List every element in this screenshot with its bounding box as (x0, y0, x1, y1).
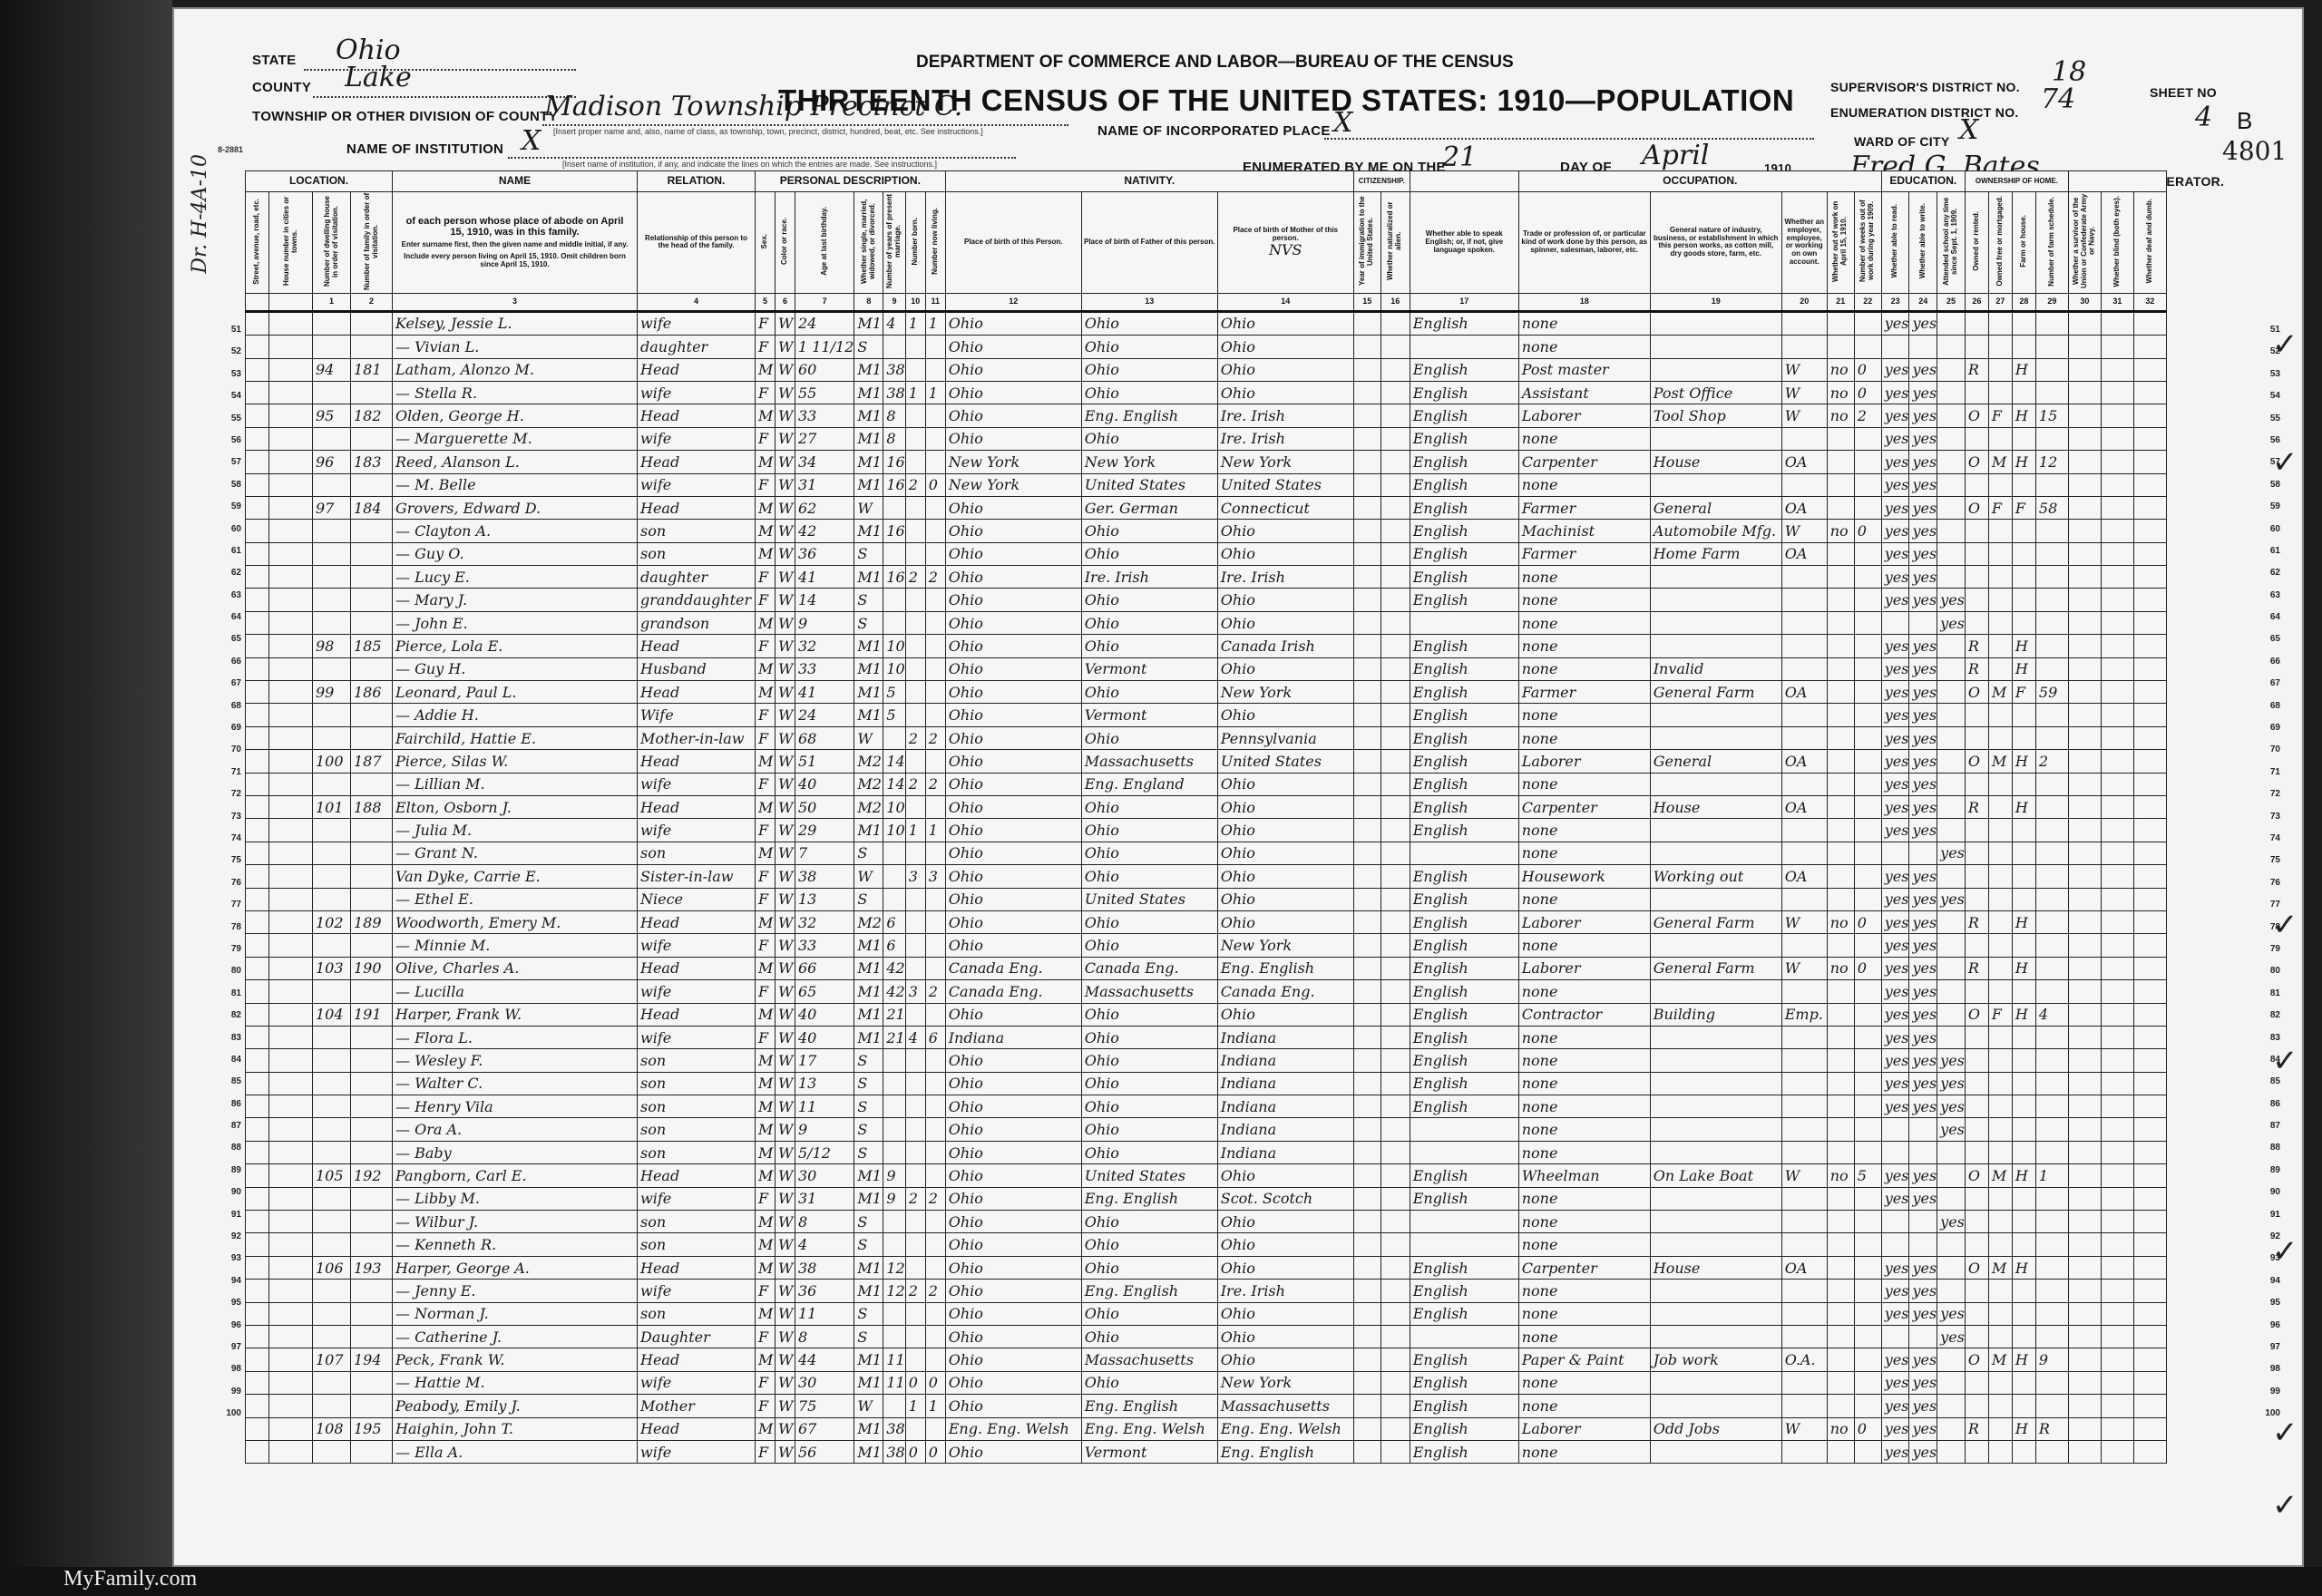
cell-read: yes (1881, 566, 1909, 589)
table-row: — Vivian L.daughterFW1 11/12SOhioOhioOhi… (246, 336, 2167, 358)
cell-oow (1827, 1302, 1854, 1325)
line-number: 82 (210, 1005, 241, 1027)
cell-fpob: Ohio (1081, 934, 1217, 957)
hdr-father-birthplace: Place of birth of Father of this person. (1081, 192, 1217, 294)
cell-born: 2 (905, 566, 925, 589)
cell-read: yes (1881, 957, 1909, 979)
cell-vet (2068, 542, 2101, 565)
cell-read: yes (1881, 1187, 1909, 1210)
cell-fam (351, 311, 393, 335)
cell-emp: W (1781, 1164, 1827, 1187)
column-number (246, 293, 269, 311)
cell-name: — M. Belle (393, 473, 638, 496)
cell-oow (1827, 1348, 1854, 1371)
cell-mpob: Indiana (1217, 1072, 1353, 1095)
cell-read: yes (1881, 1280, 1909, 1302)
column-number: 4 (638, 293, 756, 311)
cell-rel: Head (638, 681, 756, 704)
cell-fpob: Ohio (1081, 796, 1217, 819)
cell-sex: F (756, 1371, 776, 1394)
cell-emp (1781, 473, 1827, 496)
cell-occ: none (1518, 311, 1650, 335)
cell-age: 68 (795, 726, 854, 749)
cell-emp: W (1781, 381, 1827, 404)
line-number: 89 (2249, 1160, 2280, 1182)
sheet-number: 4 (2195, 102, 2212, 133)
cell-pob: Ohio (945, 1348, 1081, 1371)
check-mark-icon: ✓ (2272, 907, 2298, 943)
line-number: 70 (2249, 739, 2280, 761)
line-number: 94 (210, 1270, 241, 1292)
cell-sex: M (756, 657, 776, 680)
institution-note: [Insert name of institution, if any, and… (562, 160, 937, 169)
table-row: 97184Grovers, Edward D.HeadMW62WOhioGer.… (246, 496, 2167, 519)
cell-fpob: Ohio (1081, 542, 1217, 565)
cell-age: 65 (795, 980, 854, 1003)
cell-fpob: United States (1081, 1164, 1217, 1187)
cell-age: 9 (795, 1118, 854, 1141)
cell-mort (1988, 311, 2012, 335)
cell-mpob: Ohio (1217, 1325, 1353, 1348)
cell-read: yes (1881, 704, 1909, 726)
cell-deaf (2133, 888, 2166, 910)
cell-fam (351, 1141, 393, 1163)
cell-street (246, 1072, 269, 1095)
cell-living (925, 657, 945, 680)
cell-fpob: Ohio (1081, 1256, 1217, 1279)
cell-age: 41 (795, 681, 854, 704)
cell-read (1881, 842, 1909, 864)
cell-read: yes (1881, 1348, 1909, 1371)
sheet-side: B (2237, 107, 2253, 135)
cell-blind (2101, 404, 2133, 427)
cell-ind (1650, 1233, 1781, 1256)
cell-race: W (776, 473, 795, 496)
cell-house (269, 1233, 313, 1256)
table-row: 105192Pangborn, Carl E.HeadMW30M19OhioUn… (246, 1164, 2167, 1187)
cell-vet (2068, 657, 2101, 680)
cell-ms: M1 (854, 957, 883, 979)
cell-living (925, 957, 945, 979)
cell-sched (2035, 1211, 2068, 1233)
cell-oow (1827, 865, 1854, 888)
cell-sex: M (756, 1256, 776, 1279)
cell-street (246, 957, 269, 979)
cell-mort (1988, 1187, 2012, 1210)
cell-name: — Addie H. (393, 704, 638, 726)
cell-street (246, 1280, 269, 1302)
cell-deaf (2133, 1440, 2166, 1463)
cell-oow: no (1827, 381, 1854, 404)
cell-living (925, 358, 945, 381)
cell-vet (2068, 934, 2101, 957)
cell-street (246, 1371, 269, 1394)
cell-yrs: 4 (883, 311, 905, 335)
cell-lang: English (1410, 819, 1518, 842)
cell-street (246, 819, 269, 842)
table-row: — Jenny E.wifeFW36M11222OhioEng. English… (246, 1280, 2167, 1302)
hdr-weeks-out: Number of weeks out of work during year … (1854, 192, 1881, 294)
cell-living (925, 589, 945, 611)
cell-fh: H (2012, 1348, 2035, 1371)
cell-deaf (2133, 1164, 2166, 1187)
cell-ms: S (854, 589, 883, 611)
cell-born (905, 957, 925, 979)
line-number: 79 (210, 939, 241, 960)
cell-own (1965, 704, 1988, 726)
cell-fpob: Ohio (1081, 1026, 1217, 1048)
line-number: 72 (210, 783, 241, 805)
line-number: 87 (2249, 1115, 2280, 1137)
cell-emp (1781, 842, 1827, 864)
ward-label: Ward of city (1854, 134, 1949, 149)
cell-ind (1650, 1095, 1781, 1118)
hdr-name: of each person whose place of abode on A… (393, 192, 638, 294)
cell-sched (2035, 819, 2068, 842)
cell-imm (1353, 311, 1381, 335)
cell-living (925, 1348, 945, 1371)
cell-lang: English (1410, 1395, 1518, 1417)
cell-own: R (1965, 1417, 1988, 1440)
cell-street (246, 336, 269, 358)
cell-house (269, 1417, 313, 1440)
cell-read: yes (1881, 681, 1909, 704)
cell-house (269, 1440, 313, 1463)
cell-name: — Julia M. (393, 819, 638, 842)
check-mark-icon: ✓ (2272, 326, 2298, 363)
cell-nat (1381, 910, 1410, 933)
line-number: 76 (2249, 872, 2280, 894)
group-language (1410, 171, 1518, 192)
cell-sex: M (756, 1095, 776, 1118)
cell-name: — Flora L. (393, 1026, 638, 1048)
hdr-relationship: Relationship of this person to the head … (638, 192, 756, 294)
cell-house (269, 980, 313, 1003)
cell-lang: English (1410, 726, 1518, 749)
cell-fam (351, 336, 393, 358)
cell-pob: Ohio (945, 819, 1081, 842)
cell-born (905, 1211, 925, 1233)
cell-emp: OA (1781, 750, 1827, 773)
cell-write: yes (1909, 404, 1937, 427)
cell-read: yes (1881, 657, 1909, 680)
cell-yrs: 38 (883, 358, 905, 381)
cell-nat (1381, 1233, 1410, 1256)
cell-name: — Marguerette M. (393, 427, 638, 450)
cell-yrs: 12 (883, 1256, 905, 1279)
cell-fpob: United States (1081, 473, 1217, 496)
cell-name: Olden, George H. (393, 404, 638, 427)
cell-fh (2012, 1440, 2035, 1463)
cell-ind (1650, 842, 1781, 864)
cell-pob: Ohio (945, 865, 1081, 888)
cell-fpob: Ohio (1081, 1325, 1217, 1348)
cell-imm (1353, 520, 1381, 542)
cell-rel: daughter (638, 566, 756, 589)
cell-ind: House (1650, 451, 1781, 473)
cell-mort (1988, 1141, 2012, 1163)
column-number: 31 (2101, 293, 2133, 311)
table-row: 104191Harper, Frank W.HeadMW40M121OhioOh… (246, 1003, 2167, 1026)
cell-mort (1988, 657, 2012, 680)
hdr-naturalized: Whether naturalized or alien. (1381, 192, 1410, 294)
cell-mpob: Ohio (1217, 1302, 1353, 1325)
cell-mpob: Ohio (1217, 657, 1353, 680)
cell-blind (2101, 635, 2133, 657)
cell-ms: M1 (854, 473, 883, 496)
cell-age: 42 (795, 520, 854, 542)
cell-sched (2035, 910, 2068, 933)
cell-vet (2068, 980, 2101, 1003)
cell-ms: M1 (854, 635, 883, 657)
line-number: 65 (210, 628, 241, 650)
cell-mort (1988, 473, 2012, 496)
cell-fam (351, 1440, 393, 1463)
cell-imm (1353, 796, 1381, 819)
cell-rel: son (638, 1233, 756, 1256)
cell-pob: Ohio (945, 1256, 1081, 1279)
cell-sex: F (756, 865, 776, 888)
cell-wks (1854, 635, 1881, 657)
cell-ms: M1 (854, 358, 883, 381)
cell-write: yes (1909, 910, 1937, 933)
cell-blind (2101, 681, 2133, 704)
cell-nat (1381, 635, 1410, 657)
cell-rel: Wife (638, 704, 756, 726)
cell-fam: 185 (351, 635, 393, 657)
cell-house (269, 1395, 313, 1417)
cell-living (925, 520, 945, 542)
cell-pob: Ohio (945, 657, 1081, 680)
cell-rel: daughter (638, 336, 756, 358)
cell-emp: W (1781, 957, 1827, 979)
cell-lang: English (1410, 1371, 1518, 1394)
cell-race: W (776, 1095, 795, 1118)
cell-race: W (776, 865, 795, 888)
cell-imm (1353, 750, 1381, 773)
cell-living: 0 (925, 1371, 945, 1394)
cell-vet (2068, 1049, 2101, 1072)
cell-vet (2068, 611, 2101, 634)
cell-occ: none (1518, 726, 1650, 749)
cell-own: R (1965, 657, 1988, 680)
cell-emp (1781, 1371, 1827, 1394)
cell-blind (2101, 1371, 2133, 1394)
cell-wks (1854, 681, 1881, 704)
cell-sched (2035, 773, 2068, 795)
cell-vet (2068, 750, 2101, 773)
cell-mort (1988, 819, 2012, 842)
cell-nat (1381, 957, 1410, 979)
column-number: 11 (925, 293, 945, 311)
cell-fam (351, 520, 393, 542)
cell-age: 13 (795, 888, 854, 910)
cell-emp (1781, 704, 1827, 726)
cell-oow (1827, 1118, 1854, 1141)
table-row: — Grant N.sonMW7SOhioOhioOhiononeyes (246, 842, 2167, 864)
hdr-out-of-work: Whether out of work on April 15, 1910. (1827, 192, 1854, 294)
township-line (542, 124, 1068, 126)
enumeration-district-label: Enumeration District No. (1830, 105, 2019, 120)
cell-school (1937, 1348, 1966, 1371)
cell-fpob: Ohio (1081, 1003, 1217, 1026)
cell-fam (351, 1049, 393, 1072)
cell-ind (1650, 1440, 1781, 1463)
cell-street (246, 451, 269, 473)
cell-race: W (776, 1348, 795, 1371)
cell-sched: R (2035, 1417, 2068, 1440)
cell-blind (2101, 704, 2133, 726)
cell-deaf (2133, 704, 2166, 726)
cell-nat (1381, 611, 1410, 634)
cell-occ: none (1518, 1187, 1650, 1210)
cell-wks: 0 (1854, 520, 1881, 542)
cell-sex: M (756, 496, 776, 519)
line-number: 100 (210, 1403, 241, 1425)
cell-house (269, 796, 313, 819)
cell-rel: Head (638, 1164, 756, 1187)
cell-sex: F (756, 311, 776, 335)
cell-read: yes (1881, 1049, 1909, 1072)
cell-street (246, 381, 269, 404)
cell-sched (2035, 1256, 2068, 1279)
cell-read: yes (1881, 934, 1909, 957)
cell-own (1965, 1325, 1988, 1348)
cell-fam: 191 (351, 1003, 393, 1026)
cell-deaf (2133, 1325, 2166, 1348)
cell-blind (2101, 1072, 2133, 1095)
cell-pob: Indiana (945, 1026, 1081, 1048)
cell-living: 2 (925, 726, 945, 749)
cell-blind (2101, 1141, 2133, 1163)
table-row: 103190Olive, Charles A.HeadMW66M142Canad… (246, 957, 2167, 979)
line-number: 80 (2249, 960, 2280, 982)
cell-ind (1650, 1280, 1781, 1302)
cell-dw: 107 (313, 1348, 351, 1371)
cell-sex: M (756, 358, 776, 381)
line-number: 88 (210, 1137, 241, 1159)
cell-emp (1781, 1049, 1827, 1072)
cell-fam (351, 865, 393, 888)
cell-read (1881, 1211, 1909, 1233)
cell-mpob: New York (1217, 1371, 1353, 1394)
cell-wks: 0 (1854, 957, 1881, 979)
cell-dw: 98 (313, 635, 351, 657)
cell-race: W (776, 1302, 795, 1325)
cell-fpob: Ohio (1081, 910, 1217, 933)
cell-name: — Clayton A. (393, 520, 638, 542)
cell-fam (351, 1187, 393, 1210)
cell-sched (2035, 1440, 2068, 1463)
cell-mpob: Ohio (1217, 1211, 1353, 1233)
cell-nat (1381, 336, 1410, 358)
cell-imm (1353, 451, 1381, 473)
cell-rel: Sister-in-law (638, 865, 756, 888)
cell-fh (2012, 1211, 2035, 1233)
cell-write: yes (1909, 726, 1937, 749)
column-number: 20 (1781, 293, 1827, 311)
cell-blind (2101, 934, 2133, 957)
cell-lang: English (1410, 1026, 1518, 1048)
cell-write (1909, 1233, 1937, 1256)
cell-ind (1650, 1141, 1781, 1163)
cell-deaf (2133, 1118, 2166, 1141)
cell-emp (1781, 819, 1827, 842)
cell-race: W (776, 1211, 795, 1233)
cell-living (925, 681, 945, 704)
cell-wks (1854, 1141, 1881, 1163)
cell-street (246, 520, 269, 542)
cell-imm (1353, 1072, 1381, 1095)
cell-own: O (1965, 750, 1988, 773)
enumerated-day: 21 (1442, 141, 1477, 173)
cell-wks (1854, 980, 1881, 1003)
cell-pob: New York (945, 473, 1081, 496)
cell-read: yes (1881, 542, 1909, 565)
cell-yrs (883, 589, 905, 611)
line-number: 54 (2249, 385, 2280, 407)
table-row: — Norman J.sonMW11SOhioOhioOhioEnglishno… (246, 1302, 2167, 1325)
cell-nat (1381, 1256, 1410, 1279)
cell-read: yes (1881, 1003, 1909, 1026)
cell-fh: F (2012, 681, 2035, 704)
cell-occ: none (1518, 704, 1650, 726)
cell-ms: S (854, 1325, 883, 1348)
cell-sched (2035, 358, 2068, 381)
cell-wks (1854, 427, 1881, 450)
cell-sex: M (756, 520, 776, 542)
cell-read: yes (1881, 980, 1909, 1003)
cell-emp (1781, 773, 1827, 795)
cell-age: 1 11/12 (795, 336, 854, 358)
cell-lang: English (1410, 888, 1518, 910)
cell-deaf (2133, 1211, 2166, 1233)
cell-name: Reed, Alanson L. (393, 451, 638, 473)
cell-imm (1353, 957, 1381, 979)
cell-mpob: Canada Irish (1217, 635, 1353, 657)
cell-house (269, 1072, 313, 1095)
cell-imm (1353, 635, 1381, 657)
cell-fh (2012, 589, 2035, 611)
cell-rel: wife (638, 819, 756, 842)
cell-mpob: Ohio (1217, 796, 1353, 819)
table-row: — Ella A.wifeFW56M13800OhioVermontEng. E… (246, 1440, 2167, 1463)
cell-mpob: New York (1217, 934, 1353, 957)
cell-nat (1381, 451, 1410, 473)
cell-imm (1353, 1256, 1381, 1279)
cell-occ: Laborer (1518, 750, 1650, 773)
cell-mpob: Ohio (1217, 865, 1353, 888)
cell-yrs: 21 (883, 1026, 905, 1048)
cell-fam (351, 542, 393, 565)
cell-street (246, 657, 269, 680)
cell-write (1909, 611, 1937, 634)
cell-wks (1854, 542, 1881, 565)
cell-ind (1650, 1118, 1781, 1141)
cell-school: yes (1937, 611, 1966, 634)
cell-pob: Ohio (945, 1440, 1081, 1463)
line-number: 71 (210, 762, 241, 783)
line-number: 61 (2249, 540, 2280, 562)
cell-fam (351, 1026, 393, 1048)
cell-emp: Emp. (1781, 1003, 1827, 1026)
line-number: 87 (210, 1115, 241, 1137)
cell-write: yes (1909, 1348, 1937, 1371)
cell-blind (2101, 1256, 2133, 1279)
cell-race: W (776, 635, 795, 657)
cell-mort: F (1988, 404, 2012, 427)
cell-born (905, 1049, 925, 1072)
